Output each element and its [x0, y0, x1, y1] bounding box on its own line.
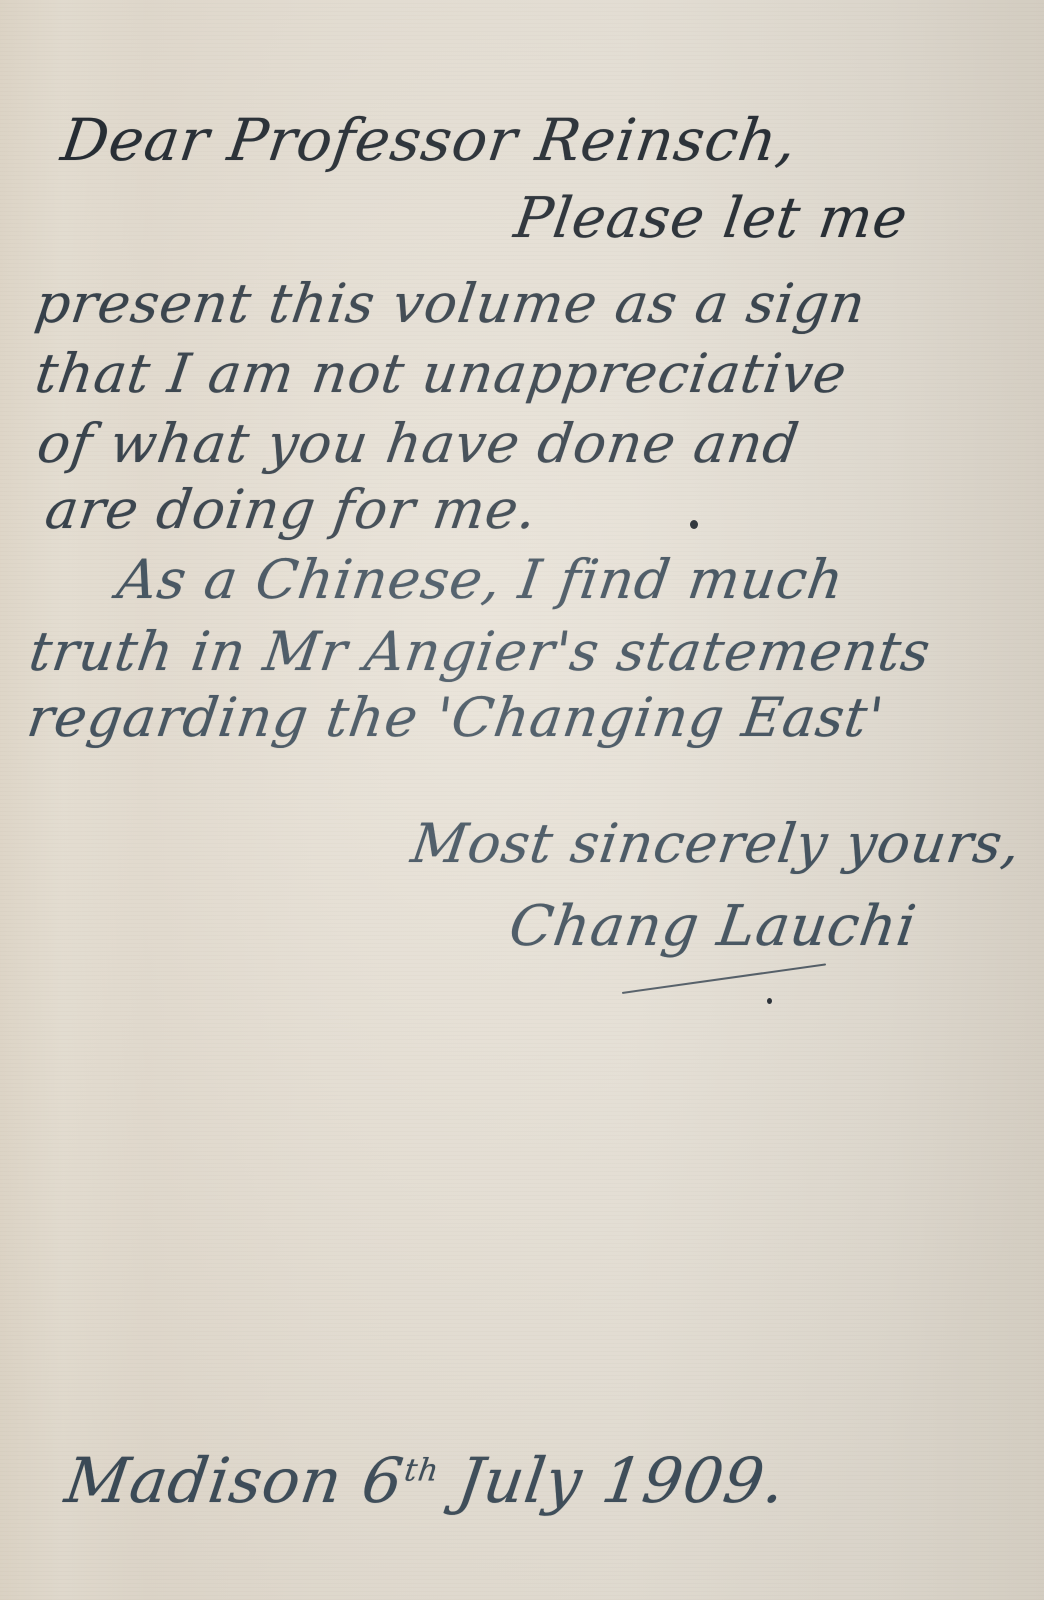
salutation: Dear Professor Reinsch,	[57, 106, 801, 174]
closing: Most sincerely yours,	[408, 812, 1025, 875]
dateline-day-suffix: th	[402, 1452, 441, 1488]
letter-paper: Dear Professor Reinsch, Please let me pr…	[0, 0, 1044, 1600]
ink-dot	[767, 998, 772, 1004]
body-line-8: regarding the 'Changing East'	[24, 686, 888, 749]
signature: Chang Lauchi	[505, 894, 920, 959]
body-line-1: Please let me	[510, 186, 912, 251]
body-line-3: that I am not unappreciative	[32, 342, 851, 405]
dateline-place: Madison	[61, 1444, 347, 1517]
dateline-day: 6	[358, 1444, 409, 1517]
body-line-2: present this volume as a sign	[32, 272, 870, 335]
body-line-7: truth in Mr Angier's statements	[26, 620, 935, 683]
ink-blot	[690, 520, 698, 529]
body-line-4: of what you have done and	[34, 412, 804, 475]
signature-underline	[622, 963, 826, 994]
body-line-5: are doing for me.	[42, 478, 542, 541]
dateline-month-year: July 1909.	[453, 1444, 790, 1517]
dateline: Madison 6th July 1909.	[61, 1444, 790, 1517]
body-line-6: As a Chinese, I find much	[114, 548, 848, 611]
